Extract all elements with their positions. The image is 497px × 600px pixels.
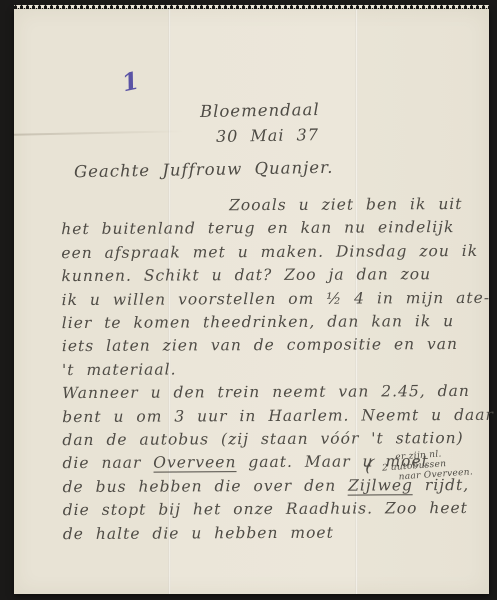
letter-line: de halte die u hebben moet	[63, 521, 473, 547]
line-segment: het buitenland terug en kan nu eindelijk	[61, 218, 454, 238]
line-segment: lier te komen theedrinken, dan kan ik u	[62, 312, 454, 332]
line-segment: iets laten zien van de compositie en van	[62, 335, 458, 355]
line-segment: die naar	[62, 454, 153, 472]
line-segment: Zooals u ziet ben ik uit	[229, 195, 462, 214]
underlined-word: Overveen	[153, 454, 236, 473]
line-segment: ik u willen voorstellen om ½ 4 in mijn a…	[62, 288, 490, 308]
letter-line: 't materiaal.	[62, 357, 472, 383]
letter-line: bent u om 3 uur in Haarlem. Neemt u daar	[62, 404, 472, 430]
line-segment: 't materiaal.	[62, 360, 177, 379]
letter-line: ik u willen voorstellen om ½ 4 in mijn a…	[62, 287, 472, 313]
letter-date: 30 Mai 37	[216, 125, 319, 146]
letter-line: iets laten zien van de compositie en van	[62, 333, 472, 359]
letter-salutation: Geachte Juffrouw Quanjer.	[74, 158, 334, 182]
letter-line: Zooals u ziet ben ik uit	[61, 193, 471, 219]
letter-body: Zooals u ziet ben ik uithet buitenland t…	[61, 193, 473, 546]
letter-line: kunnen. Schikt u dat? Zoo ja dan zou	[61, 263, 471, 289]
line-segment: die stopt bij het onze Raadhuis. Zoo hee…	[63, 499, 468, 519]
line-segment: de halte die u hebben moet	[63, 523, 334, 542]
letter-line: een afspraak met u maken. Dinsdag zou ik	[61, 240, 471, 266]
scan-background: 1 Bloemendaal 30 Mai 37 Geachte Juffrouw…	[0, 0, 497, 600]
line-segment: bent u om 3 uur in Haarlem. Neemt u daar	[62, 405, 494, 425]
letter-line: dan de autobus (zij staan vóór 't statio…	[62, 427, 472, 453]
letter-place: Bloemendaal	[200, 100, 320, 121]
letter-line: lier te komen theedrinken, dan kan ik u	[62, 310, 472, 336]
fold-crease-horizontal	[14, 130, 184, 136]
line-segment: Wanneer u den trein neemt van 2.45, dan	[62, 382, 470, 402]
line-segment: kunnen. Schikt u dat? Zoo ja dan zou	[61, 265, 431, 285]
letter-line: die stopt bij het onze Raadhuis. Zoo hee…	[63, 497, 473, 523]
letter-line: het buitenland terug en kan nu eindelijk	[61, 216, 471, 242]
line-segment: een afspraak met u maken. Dinsdag zou ik	[61, 242, 478, 262]
letter-paper: 1 Bloemendaal 30 Mai 37 Geachte Juffrouw…	[14, 9, 489, 594]
page-number: 1	[119, 66, 141, 98]
letter-line: Wanneer u den trein neemt van 2.45, dan	[62, 380, 472, 406]
line-segment: de bus hebben die over den	[63, 476, 349, 495]
line-segment: dan de autobus (zij staan vóór 't statio…	[62, 429, 463, 449]
